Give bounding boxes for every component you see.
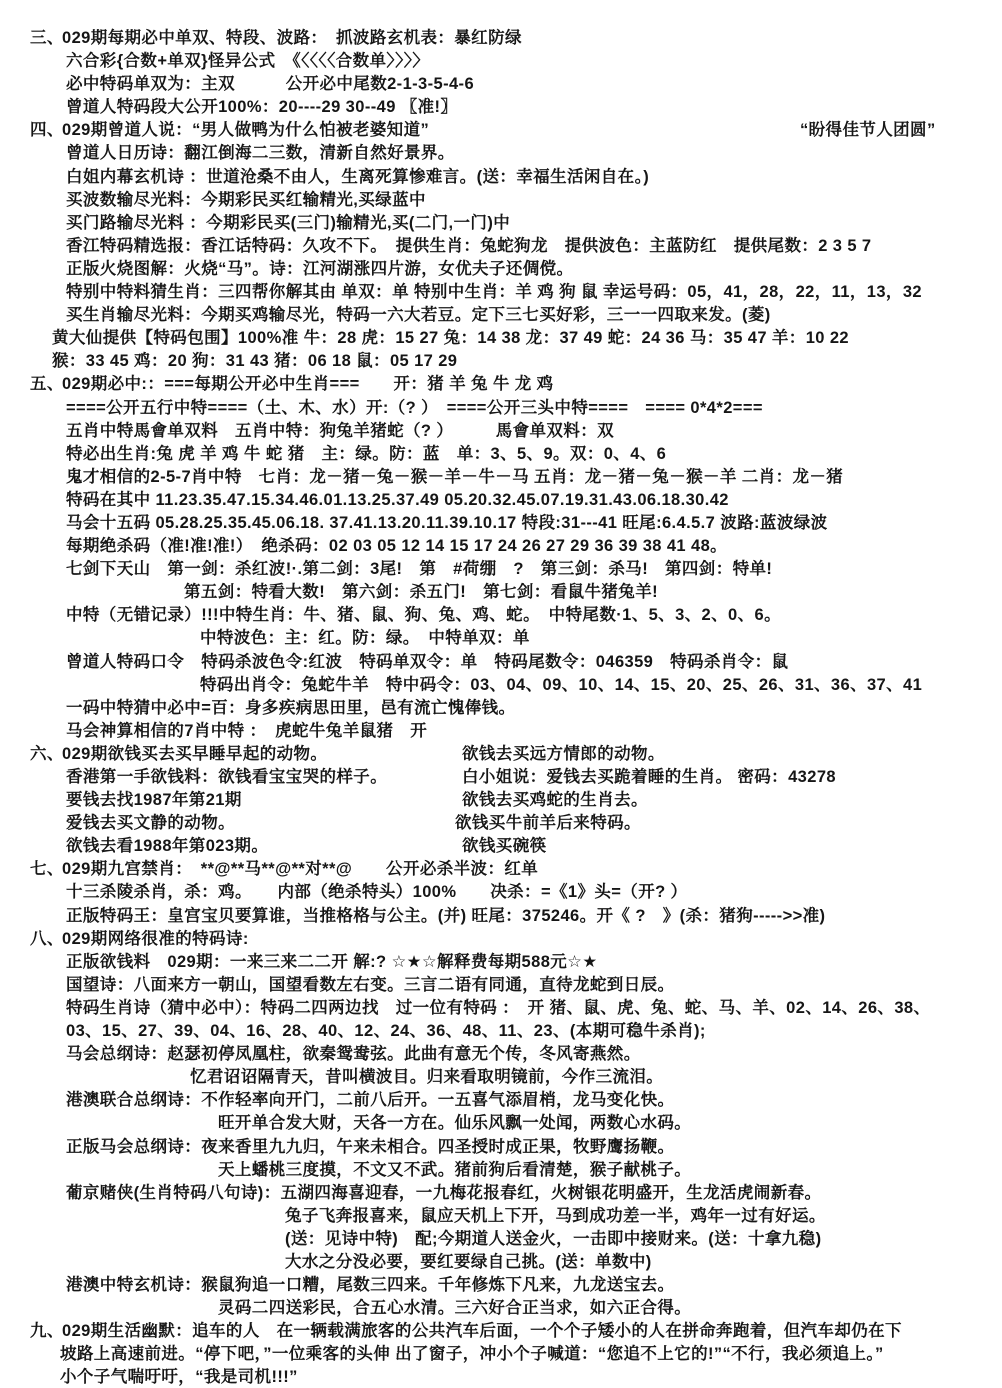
line-text: 买波数输尽光料：今期彩民买红输精光,买绿蓝中 xyxy=(66,189,426,212)
text-line: 每期绝杀码（准!准!准!） 绝杀码：02 03 05 12 14 15 17 2… xyxy=(0,535,1002,558)
line-text-right: 欲钱买碗筷 xyxy=(462,835,547,858)
text-line: 六、029期欲钱买去买早睡早起的动物。欲钱去买远方情郎的动物。 xyxy=(0,743,1002,766)
text-line: 鬼才相信的2-5-7肖中特 七肖：龙－猪－兔－猴－羊－牛－马 五肖：龙－猪－兔－… xyxy=(0,466,1002,489)
line-text: 六合彩{合数+单双}怪异公式 《〈〈〈〈合数单〉〉〉〉 xyxy=(66,50,429,73)
text-line: 欲钱去看1988年第023期。欲钱买碗筷 xyxy=(0,835,1002,858)
line-text: 029期曾道人说：“男人做鸭为什么怕被老婆知道” xyxy=(62,119,429,142)
text-line: 买生肖输尽光料：今期买鸡输尽光，特码一六大若豆。定下三七买好彩，三一一四取来发。… xyxy=(0,304,1002,327)
section-marker: 五、 xyxy=(30,373,64,396)
text-line: 葡京赌侠(生肖特码八句诗)：五湖四海喜迎春，一九梅花报春红，火树银花明盛开，生龙… xyxy=(0,1182,1002,1205)
text-line: 九、029期生活幽默：追车的人 在一辆载满旅客的公共汽车后面，一个个子矮小的人在… xyxy=(0,1320,1002,1343)
text-line: 要钱去找1987年第21期欲钱去买鸡蛇的生肖去。 xyxy=(0,789,1002,812)
text-line: (送：见诗中特) 配;今期道人送金火，一击即中接财来。(送：十拿九稳) xyxy=(0,1228,1002,1251)
text-line: 猴：33 45 鸡：20 狗：31 43 猪：06 18 鼠：05 17 29 xyxy=(0,350,1002,373)
text-line: 一码中特猜中必中=百：身多疾病思田里，邑有流亡愧俸钱。 xyxy=(0,697,1002,720)
text-line: 中特波色：主：红。防：绿。 中特单双：单 xyxy=(0,627,1002,650)
section-marker: 九、 xyxy=(30,1320,64,1343)
line-text: 正版火烧图解：火烧“马”。诗：江河湖涨四片游，女优夫子还倜傥。 xyxy=(66,258,573,281)
text-line: 正版特码王：皇宫宝贝要算谁，当推格格与公主。(并) 旺尾：375246。开《 ?… xyxy=(0,905,1002,928)
line-text: 黄大仙提供【特码包围】100%准 牛：28 虎：15 27 兔：14 38 龙：… xyxy=(52,327,849,350)
section-marker: 八、 xyxy=(30,928,64,951)
line-text: 十三杀陵杀肖，杀：鸡。 内部（绝杀特头）100% 决杀：=《1》头=（开? ） xyxy=(66,881,687,904)
line-text: 爱钱去买文静的动物。 xyxy=(66,812,235,835)
text-line: 天上蟠桃三度摸，不文又不武。猪前狗后看清楚，猴子献桃子。 xyxy=(0,1159,1002,1182)
text-line: 国望诗：八面来方一朝山，国望看数左右变。三言二语有同通，直待龙蛇到日辰。 xyxy=(0,974,1002,997)
text-line: 爱钱去买文静的动物。欲钱买牛前羊后来特码。 xyxy=(0,812,1002,835)
text-line: 三、029期每期必中单双、特段、波路： 抓波路玄机表：暴红防绿 xyxy=(0,27,1002,50)
text-line: 正版马会总纲诗：夜来香里九九归，午来未相合。四圣授时成正果，牧野鹰扬鞭。 xyxy=(0,1136,1002,1159)
text-line: 七、029期九宫禁肖： **@**马**@**对**@ 公开必杀半波：红单 xyxy=(0,858,1002,881)
text-line: 港澳中特玄机诗：猴鼠狗追一口糟，尾数三四来。千年修炼下凡来，九龙送宝去。 xyxy=(0,1274,1002,1297)
line-text-right: “盼得佳节人团圆” xyxy=(800,119,936,142)
text-line: 灵码二四送彩民，合五心水清。三六好合正当求，如六正合得。 xyxy=(0,1297,1002,1320)
line-text: 灵码二四送彩民，合五心水清。三六好合正当求，如六正合得。 xyxy=(218,1297,691,1320)
text-line: 五、029期必中:：===每期公开必中生肖=== 开：猪 羊 兔 牛 龙 鸡 xyxy=(0,373,1002,396)
line-text: 旺开单合发大财，天各一方在。仙乐风飘一处闻，两数心水码。 xyxy=(218,1112,691,1135)
line-text: 每期绝杀码（准!准!准!） 绝杀码：02 03 05 12 14 15 17 2… xyxy=(66,535,727,558)
line-text: 小个子气喘吁吁，“我是司机!!!” xyxy=(60,1366,298,1388)
text-line: 特码在其中 11.23.35.47.15.34.46.01.13.25.37.4… xyxy=(0,489,1002,512)
text-line: 必中特码单双为：主双 公开必中尾数2-1-3-5-4-6 xyxy=(0,73,1002,96)
text-line: 03、15、27、39、04、16、28、40、12、24、36、48、11、2… xyxy=(0,1020,1002,1043)
line-text: 欲钱去看1988年第023期。 xyxy=(66,835,268,858)
line-text: 特码生肖诗（猜中必中）：特码二四两边找 过一位有特码 ： 开 猪、鼠、虎、兔、蛇… xyxy=(66,997,930,1020)
text-line: 十三杀陵杀肖，杀：鸡。 内部（绝杀特头）100% 决杀：=《1》头=（开? ） xyxy=(0,881,1002,904)
text-line: 坡路上高速前进。“停下吧，”一位乘客的头伸 出了窗子，冲小个子喊道：“您追不上它… xyxy=(0,1343,1002,1366)
text-line: 大水之分没必要，要红要绿自己挑。(送：单数中) xyxy=(0,1251,1002,1274)
line-text: 买门路输尽光料 ：今期彩民买(三门)输精光,买(二门,一门)中 xyxy=(66,212,510,235)
line-text: 香江特码精选报：香江话特码：久攻不下。 提供生肖：兔蛇狗龙 提供波色：主蓝防红 … xyxy=(66,235,872,258)
line-text: 第五剑：特看大数! 第六剑：杀五门! 第七剑：看鼠牛猪兔羊! xyxy=(184,581,658,604)
line-text: 正版马会总纲诗：夜来香里九九归，午来未相合。四圣授时成正果，牧野鹰扬鞭。 xyxy=(66,1136,674,1159)
line-text: 七剑下天山 第一剑：杀红波!·.第二剑：3尾! 第 #荷绷 ? 第三剑：杀马! … xyxy=(66,558,772,581)
line-text: 中特（无错记录）!!!中特生肖：牛、猪、鼠、狗、兔、鸡、蛇。 中特尾数·1、5、… xyxy=(66,604,781,627)
line-text: 特码出肖令：兔蛇牛羊 特中码令：03、04、09、10、14、15、20、25、… xyxy=(200,674,922,697)
text-line: 中特（无错记录）!!!中特生肖：牛、猪、鼠、狗、兔、鸡、蛇。 中特尾数·1、5、… xyxy=(0,604,1002,627)
line-text: 兔子飞奔报喜来，鼠应天机上下开，马到成功差一半，鸡年一过有好运。 xyxy=(285,1205,826,1228)
line-text: 猴：33 45 鸡：20 狗：31 43 猪：06 18 鼠：05 17 29 xyxy=(52,350,457,373)
text-line: 港澳联合总纲诗：不作轻率向开门，二前八后开。一五喜气添眉梢，龙马变化快。 xyxy=(0,1089,1002,1112)
document: 三、029期每期必中单双、特段、波路： 抓波路玄机表：暴红防绿六合彩{合数+单双… xyxy=(0,0,1002,1388)
line-text: 鬼才相信的2-5-7肖中特 七肖：龙－猪－兔－猴－羊－牛－马 五肖：龙－猪－兔－… xyxy=(66,466,843,489)
text-line: 特码出肖令：兔蛇牛羊 特中码令：03、04、09、10、14、15、20、25、… xyxy=(0,674,1002,697)
line-text: 必中特码单双为：主双 公开必中尾数2-1-3-5-4-6 xyxy=(66,73,474,96)
line-text: 天上蟠桃三度摸，不文又不武。猪前狗后看清楚，猴子献桃子。 xyxy=(218,1159,691,1182)
line-text: 白姐内幕玄机诗 ：世道沧桑不由人，生离死算惨难言。(送：幸福生活闲自在。) xyxy=(66,166,649,189)
text-line: 八、029期网络很准的特码诗: xyxy=(0,928,1002,951)
line-text: 正版欲钱料 029期：一来三来二二开 解:? ☆★☆解释费每期588元☆★ xyxy=(66,951,598,974)
text-line: 六合彩{合数+单双}怪异公式 《〈〈〈〈合数单〉〉〉〉 xyxy=(0,50,1002,73)
text-line: 特必出生肖:兔 虎 羊 鸡 牛 蛇 猪 主：绿。防：蓝 单：3、5、9。双：0、… xyxy=(0,443,1002,466)
line-text: 大水之分没必要，要红要绿自己挑。(送：单数中) xyxy=(285,1251,652,1274)
text-line: 买波数输尽光料：今期彩民买红输精光,买绿蓝中 xyxy=(0,189,1002,212)
line-text: 马会总纲诗：赵瑟初停凤凰柱，欲秦鸳鸯弦。此曲有意无个传，冬风寄燕然。 xyxy=(66,1043,641,1066)
section-marker: 三、 xyxy=(30,27,64,50)
line-text-right: 白小姐说：爱钱去买跪着睡的生肖。 密码：43278 xyxy=(462,766,836,789)
text-line: 旺开单合发大财，天各一方在。仙乐风飘一处闻，两数心水码。 xyxy=(0,1112,1002,1135)
line-text: 曾道人日历诗：翻江倒海二三数，清新自然好景界。 xyxy=(66,142,455,165)
text-line: 曾道人特码口令 特码杀波色令:红波 特码单双令：单 特码尾数令：046359 特… xyxy=(0,651,1002,674)
line-text: 正版特码王：皇宫宝贝要算谁，当推格格与公主。(并) 旺尾：375246。开《 ?… xyxy=(66,905,825,928)
line-text: 五肖中特馬會单双料 五肖中特：狗兔羊猪蛇（? ） 馬會单双料：双 xyxy=(66,420,614,443)
line-text: 曾道人特码口令 特码杀波色令:红波 特码单双令：单 特码尾数令：046359 特… xyxy=(66,651,788,674)
line-text: 港澳中特玄机诗：猴鼠狗追一口糟，尾数三四来。千年修炼下凡来，九龙送宝去。 xyxy=(66,1274,674,1297)
line-text: 03、15、27、39、04、16、28、40、12、24、36、48、11、2… xyxy=(66,1020,706,1043)
line-text: 忆君诏诏隔青天，昔叫横波目。归来看取明镜前，今作三流泪。 xyxy=(190,1066,663,1089)
line-text: 曾道人特码段大公开100%：20----29 30--49 〖准!〗 xyxy=(66,96,457,119)
line-text-right: 欲钱买牛前羊后来特码。 xyxy=(455,812,641,835)
line-text: 特必出生肖:兔 虎 羊 鸡 牛 蛇 猪 主：绿。防：蓝 单：3、5、9。双：0、… xyxy=(66,443,666,466)
text-line: 兔子飞奔报喜来，鼠应天机上下开，马到成功差一半，鸡年一过有好运。 xyxy=(0,1205,1002,1228)
line-text: 港澳联合总纲诗：不作轻率向开门，二前八后开。一五喜气添眉梢，龙马变化快。 xyxy=(66,1089,674,1112)
text-line: 忆君诏诏隔青天，昔叫横波目。归来看取明镜前，今作三流泪。 xyxy=(0,1066,1002,1089)
line-text: 特码在其中 11.23.35.47.15.34.46.01.13.25.37.4… xyxy=(66,489,729,512)
line-text: 特别中特料猜生肖：三四帮你解其由 单双：单 特别中生肖：羊 鸡 狗 鼠 幸运号码… xyxy=(66,281,922,304)
section-marker: 七、 xyxy=(30,858,64,881)
text-line: 小个子气喘吁吁，“我是司机!!!” xyxy=(0,1366,1002,1388)
text-line: 特码生肖诗（猜中必中）：特码二四两边找 过一位有特码 ： 开 猪、鼠、虎、兔、蛇… xyxy=(0,997,1002,1020)
line-text: 一码中特猜中必中=百：身多疾病思田里，邑有流亡愧俸钱。 xyxy=(66,697,515,720)
line-text: 029期每期必中单双、特段、波路： 抓波路玄机表：暴红防绿 xyxy=(62,27,522,50)
text-line: 曾道人日历诗：翻江倒海二三数，清新自然好景界。 xyxy=(0,142,1002,165)
text-line: 七剑下天山 第一剑：杀红波!·.第二剑：3尾! 第 #荷绷 ? 第三剑：杀马! … xyxy=(0,558,1002,581)
line-text: 马会十五码 05.28.25.35.45.06.18. 37.41.13.20.… xyxy=(66,512,828,535)
line-text-right: 欲钱去买鸡蛇的生肖去。 xyxy=(462,789,648,812)
line-text: 029期网络很准的特码诗: xyxy=(62,928,249,951)
text-line: ====公开五行中特====（土、木、水）开:（? ） ====公开三头中特==… xyxy=(0,397,1002,420)
line-text: 马会神算相信的7肖中特 ： 虎蛇牛兔羊鼠猪 开 xyxy=(66,720,427,743)
text-line: 曾道人特码段大公开100%：20----29 30--49 〖准!〗 xyxy=(0,96,1002,119)
text-line: 买门路输尽光料 ：今期彩民买(三门)输精光,买(二门,一门)中 xyxy=(0,212,1002,235)
line-text: 要钱去找1987年第21期 xyxy=(66,789,242,812)
line-text: 香港第一手欲钱料：欲钱看宝宝哭的样子。 xyxy=(66,766,387,789)
line-text: (送：见诗中特) 配;今期道人送金火，一击即中接财来。(送：十拿九稳) xyxy=(285,1228,821,1251)
text-line: 第五剑：特看大数! 第六剑：杀五门! 第七剑：看鼠牛猪兔羊! xyxy=(0,581,1002,604)
text-line: 白姐内幕玄机诗 ：世道沧桑不由人，生离死算惨难言。(送：幸福生活闲自在。) xyxy=(0,166,1002,189)
section-marker: 六、 xyxy=(30,743,64,766)
text-line: 马会总纲诗：赵瑟初停凤凰柱，欲秦鸳鸯弦。此曲有意无个传，冬风寄燕然。 xyxy=(0,1043,1002,1066)
text-line: 马会十五码 05.28.25.35.45.06.18. 37.41.13.20.… xyxy=(0,512,1002,535)
line-text: 葡京赌侠(生肖特码八句诗)：五湖四海喜迎春，一九梅花报春红，火树银花明盛开，生龙… xyxy=(66,1182,821,1205)
text-line: 特别中特料猜生肖：三四帮你解其由 单双：单 特别中生肖：羊 鸡 狗 鼠 幸运号码… xyxy=(0,281,1002,304)
line-text: 029期必中:：===每期公开必中生肖=== 开：猪 羊 兔 牛 龙 鸡 xyxy=(62,373,554,396)
text-line: 四、029期曾道人说：“男人做鸭为什么怕被老婆知道”“盼得佳节人团圆” xyxy=(0,119,1002,142)
text-line: 香港第一手欲钱料：欲钱看宝宝哭的样子。白小姐说：爱钱去买跪着睡的生肖。 密码：4… xyxy=(0,766,1002,789)
line-text: 中特波色：主：红。防：绿。 中特单双：单 xyxy=(200,627,530,650)
text-line: 马会神算相信的7肖中特 ： 虎蛇牛兔羊鼠猪 开 xyxy=(0,720,1002,743)
text-line: 香江特码精选报：香江话特码：久攻不下。 提供生肖：兔蛇狗龙 提供波色：主蓝防红 … xyxy=(0,235,1002,258)
line-text: 029期九宫禁肖： **@**马**@**对**@ 公开必杀半波：红单 xyxy=(62,858,538,881)
line-text-right: 欲钱去买远方情郎的动物。 xyxy=(462,743,665,766)
line-text: 买生肖输尽光料：今期买鸡输尽光，特码一六大若豆。定下三七买好彩，三一一四取来发。… xyxy=(66,304,771,327)
text-line: 正版欲钱料 029期：一来三来二二开 解:? ☆★☆解释费每期588元☆★ xyxy=(0,951,1002,974)
text-line: 五肖中特馬會单双料 五肖中特：狗兔羊猪蛇（? ） 馬會单双料：双 xyxy=(0,420,1002,443)
line-text: 029期欲钱买去买早睡早起的动物。 xyxy=(62,743,327,766)
text-line: 黄大仙提供【特码包围】100%准 牛：28 虎：15 27 兔：14 38 龙：… xyxy=(0,327,1002,350)
section-marker: 四、 xyxy=(30,119,64,142)
line-text: 029期生活幽默：追车的人 在一辆载满旅客的公共汽车后面，一个个子矮小的人在拼命… xyxy=(62,1320,902,1343)
text-line: 正版火烧图解：火烧“马”。诗：江河湖涨四片游，女优夫子还倜傥。 xyxy=(0,258,1002,281)
line-text: 国望诗：八面来方一朝山，国望看数左右变。三言二语有同通，直待龙蛇到日辰。 xyxy=(66,974,674,997)
line-text: ====公开五行中特====（土、木、水）开:（? ） ====公开三头中特==… xyxy=(66,397,763,420)
line-text: 坡路上高速前进。“停下吧，”一位乘客的头伸 出了窗子，冲小个子喊道：“您追不上它… xyxy=(60,1343,884,1366)
